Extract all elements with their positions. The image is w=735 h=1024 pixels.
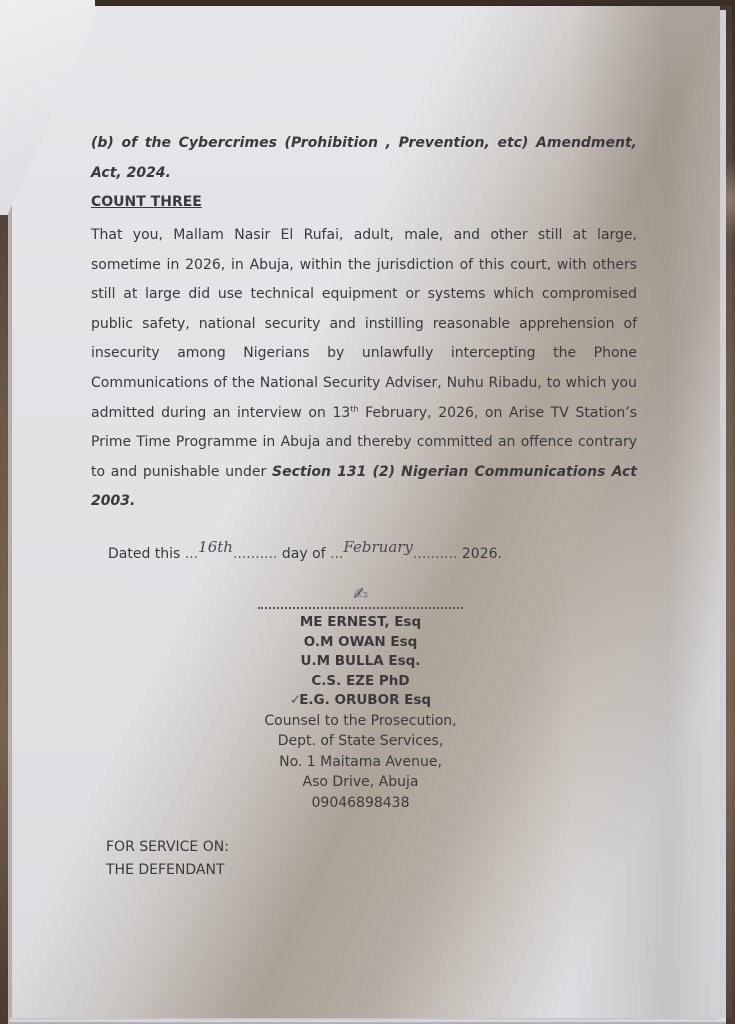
signature-line [258, 607, 463, 609]
paragraph-line: to and punishable under Section 131 (2) … [91, 458, 637, 488]
service-recipient: THE DEFENDANT [106, 859, 229, 882]
count-paragraph: That you, Mallam Nasir El Rufai, adult, … [91, 221, 637, 517]
handwritten-day: 16th [198, 538, 233, 556]
statute-year: 2003. [91, 487, 637, 517]
ordinal-suffix: th [350, 404, 358, 413]
signature-block: ✍ ME ERNEST, Esq O.M OWAN Esq U.M BULLA … [258, 585, 463, 813]
address-line: Counsel to the Prosecution, [258, 711, 463, 732]
signature-icon: ✍ [258, 585, 463, 605]
intro-statute: (b) of the Cybercrimes (Prohibition , Pr… [91, 129, 637, 218]
paragraph-line: Communications of the National Security … [91, 369, 637, 399]
paragraph-line: public safety, national security and ins… [91, 310, 637, 340]
dated-prefix: Dated this [108, 546, 185, 562]
address-line: Aso Drive, Abuja [258, 772, 463, 793]
counsel-name-text: E.G. ORUBOR Esq [299, 692, 431, 708]
address-line: Dept. of State Services, [258, 731, 463, 752]
counsel-name: U.M BULLA Esq. [258, 652, 463, 672]
dated-middle: day of [277, 546, 330, 562]
paragraph-line: still at large did use technical equipme… [91, 280, 637, 310]
intro-line-2: Act, 2024. [91, 159, 637, 189]
paragraph-line: admitted during an interview on 13th Feb… [91, 399, 637, 429]
document-content: (b) of the Cybercrimes (Prohibition , Pr… [0, 0, 735, 1024]
dots: .......... [233, 546, 278, 562]
phone-number: 09046898438 [258, 793, 463, 814]
paragraph-line: That you, Mallam Nasir El Rufai, adult, … [91, 221, 637, 251]
dated-line: Dated this ...16th.......... day of ...F… [108, 544, 502, 562]
service-label: FOR SERVICE ON: [106, 836, 229, 859]
counsel-name: O.M OWAN Esq [258, 633, 463, 653]
handwritten-month: February [343, 538, 413, 556]
dated-year: 2026. [457, 546, 502, 562]
dots: ... [330, 546, 343, 562]
paragraph-line: insecurity among Nigerians by unlawfully… [91, 339, 637, 369]
statute-reference: Section 131 (2) Nigerian Communications … [272, 464, 637, 480]
line7-prefix: admitted during an interview on 13 [91, 405, 350, 421]
counsel-name: ✓E.G. ORUBOR Esq [258, 691, 463, 711]
dots: ... [185, 546, 198, 562]
paragraph-line: Prime Time Programme in Abuja and thereb… [91, 428, 637, 458]
counsel-name: ME ERNEST, Esq [258, 613, 463, 633]
address-line: No. 1 Maitama Avenue, [258, 752, 463, 773]
paragraph-line: sometime in 2026, in Abuja, within the j… [91, 251, 637, 281]
intro-line-1: (b) of the Cybercrimes (Prohibition , Pr… [91, 129, 637, 159]
line7-suffix: February, 2026, on Arise TV Station’s [359, 405, 638, 421]
count-heading: COUNT THREE [91, 188, 637, 218]
line9-prefix: to and punishable under [91, 464, 272, 480]
service-block: FOR SERVICE ON: THE DEFENDANT [106, 836, 229, 882]
counsel-name: C.S. EZE PhD [258, 672, 463, 692]
dots: .......... [413, 546, 458, 562]
